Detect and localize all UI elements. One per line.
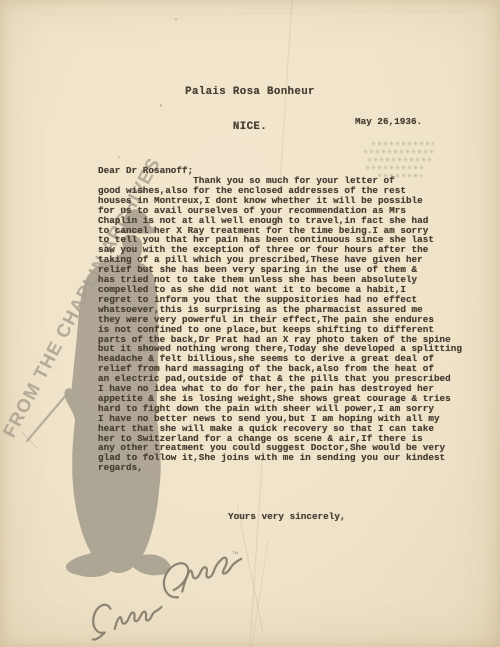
- ghost-row: [368, 158, 434, 161]
- signature-script: [86, 552, 244, 644]
- closing-line: Yours very sincerely,: [228, 512, 346, 522]
- ghost-row: [366, 166, 426, 169]
- dust-speck: [118, 156, 120, 158]
- cane-line: [22, 394, 67, 448]
- letterhead-line1: Palais Rosa Bonheur: [150, 87, 350, 99]
- ghost-row: [378, 174, 422, 177]
- dust-speck: [160, 104, 162, 107]
- letter-body: Thank you so much for your letter ofgood…: [98, 176, 462, 473]
- trademark-symbol: ™: [232, 551, 239, 558]
- letter-page: FROM THE CHAPLIN ARCHIVES Palais Rosa Bo…: [0, 0, 500, 647]
- letterhead: Palais Rosa Bonheur NICE.: [150, 64, 350, 157]
- dust-speck: [175, 18, 177, 20]
- ghost-row: [364, 150, 434, 153]
- letterhead-line2: NICE.: [150, 122, 350, 134]
- letter-body-line: glad to follow it,She joins with me in s…: [98, 453, 462, 463]
- letter-body-line: regards,: [98, 463, 462, 473]
- letter-body-line: is not confined to one place,but keeps s…: [98, 325, 462, 335]
- ghost-row: [372, 142, 434, 145]
- signature: Charlie Chaplin: [86, 552, 244, 647]
- date-line: May 26,1936.: [355, 117, 422, 127]
